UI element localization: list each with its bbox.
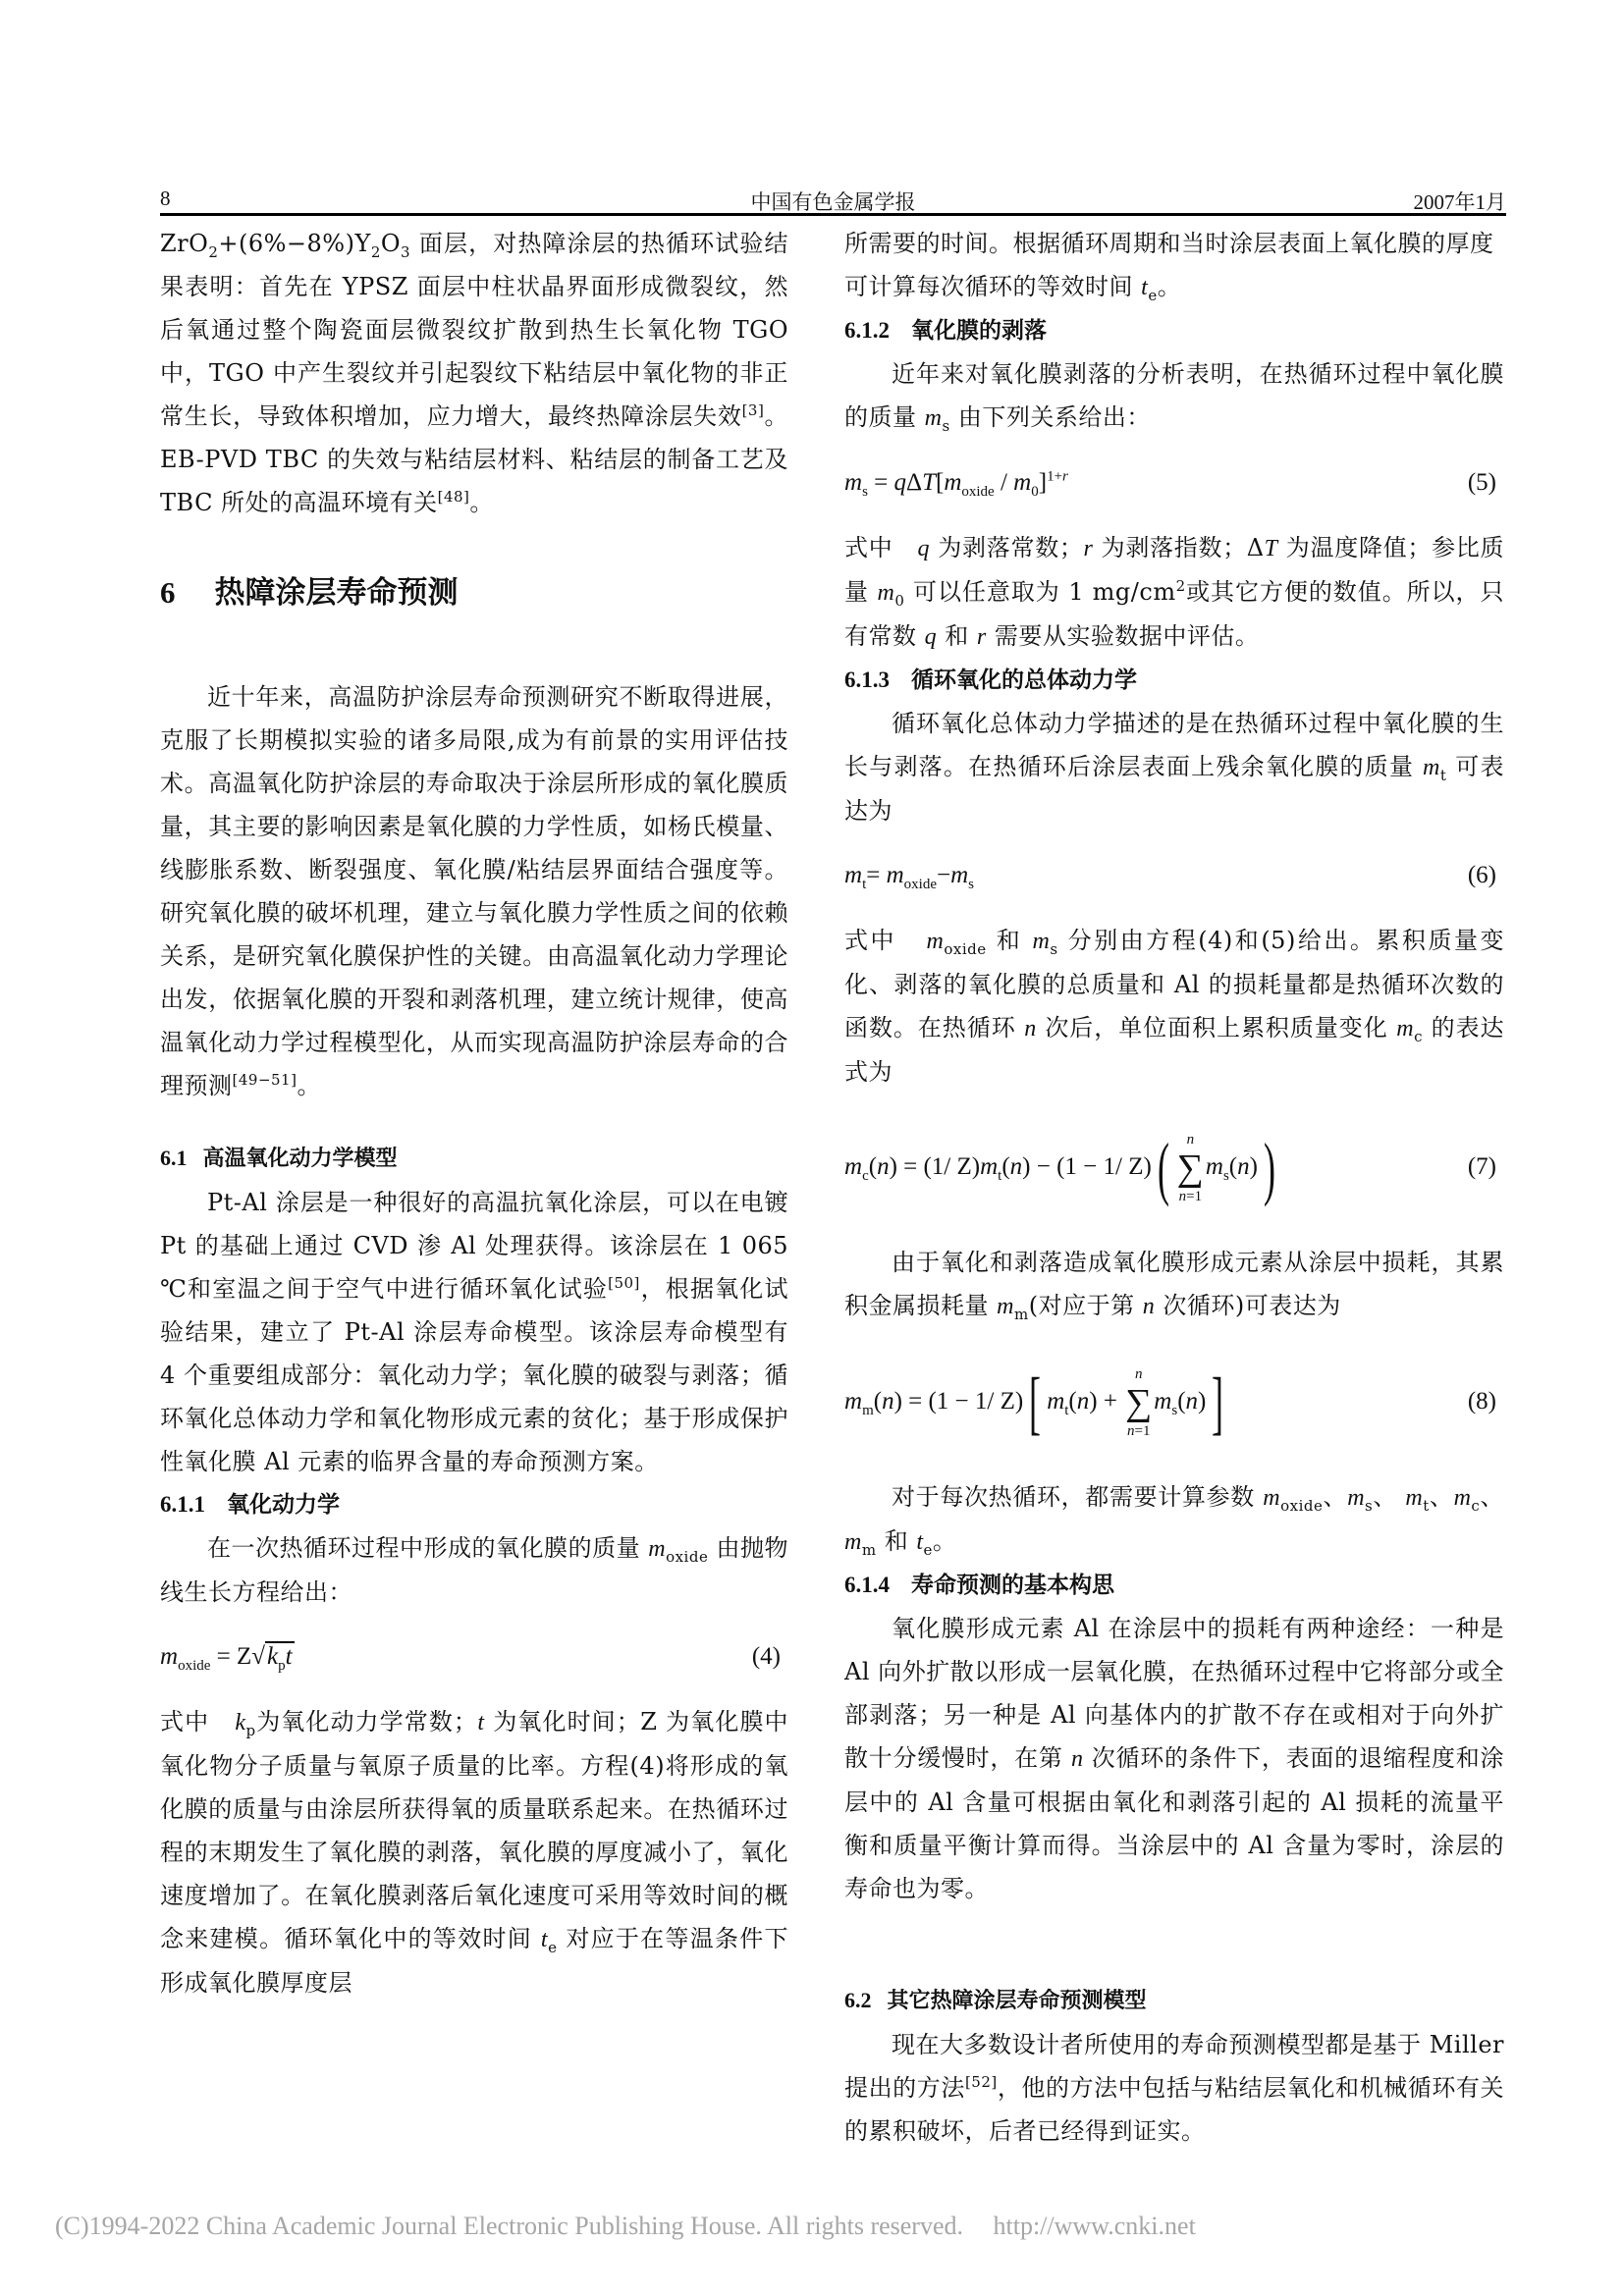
section-6-1-2-paragraph: 近年来对氧化膜剥落的分析表明，在热循环过程中氧化膜的质量 ms 由下列关系给出： xyxy=(844,352,1504,440)
citation[interactable]: [52] xyxy=(965,2073,998,2091)
cnki-link[interactable]: http://www.cnki.net xyxy=(994,2212,1196,2240)
header-rule xyxy=(160,213,1506,216)
citation[interactable]: [50] xyxy=(608,1274,640,1292)
section-heading-6-2: 6.2其它热障涂层寿命预测模型 xyxy=(844,1979,1504,2023)
equation-number: (6) xyxy=(1468,842,1496,909)
section-heading-6-1-1: 6.1.1氧化动力学 xyxy=(160,1483,788,1526)
equation-4: moxide = Z√kpt (4) xyxy=(160,1624,788,1690)
section-heading-6-1-3: 6.1.3循环氧化的总体动力学 xyxy=(844,659,1504,702)
citation[interactable]: [3] xyxy=(742,401,765,419)
equation-5-explanation: 式中 q 为剥落常数；r 为剥落指数；ΔT 为温度降值；参比质量 m0 可以任意… xyxy=(844,526,1504,659)
paragraph-continued: ZrO2+(6%−8%)Y2O3 面层，对热障涂层的热循环试验结果表明：首先在 … xyxy=(160,222,788,524)
copyright-text: (C)1994-2022 China Academic Journal Elec… xyxy=(55,2212,963,2240)
copyright-footer: (C)1994-2022 China Academic Journal Elec… xyxy=(55,2212,1587,2241)
section-6-intro: 近十年来，高温防护涂层寿命预测研究不断取得进展，克服了长期模拟实验的诸多局限,成… xyxy=(160,675,788,1107)
equation-6-explanation: 式中 moxide 和 ms 分别由方程(4)和(5)给出。累积质量变化、剥落的… xyxy=(844,919,1504,1094)
metal-loss-paragraph: 由于氧化和剥落造成氧化膜形成元素从涂层中损耗，其累积金属损耗量 mm(对应于第 … xyxy=(844,1241,1504,1328)
parameters-paragraph: 对于每次热循环，都需要计算参数 moxide、ms、 mt、mc、 mm 和 t… xyxy=(844,1475,1504,1564)
citation[interactable]: [48] xyxy=(438,488,470,506)
equation-number: (5) xyxy=(1468,450,1496,516)
section-heading-6: 6热障涂层寿命预测 xyxy=(160,571,788,614)
equation-6: mt= moxide−ms (6) xyxy=(844,842,1504,909)
journal-title: 中国有色金属学报 xyxy=(160,187,1506,216)
equation-5: ms = qΔT[moxide / m0]1+r (5) xyxy=(844,450,1504,516)
equation-4-explanation: 式中 kp为氧化动力学常数；t 为氧化时间；Z 为氧化膜中氧化物分子质量与氧原子… xyxy=(160,1700,788,2004)
equation-8: mm(n) = (1 − 1/ Z)[mt(n) + n∑n=1ms(n)] (… xyxy=(844,1338,1504,1466)
section-heading-6-1-4: 6.1.4寿命预测的基本构思 xyxy=(844,1564,1504,1607)
section-heading-6-1-2: 6.1.2氧化膜的剥落 xyxy=(844,309,1504,352)
right-column: 所需要的时间。根据循环周期和当时涂层表面上氧化膜的厚度可计算每次循环的等效时间 … xyxy=(844,222,1504,2153)
running-header: 8 中国有色金属学报 2007年1月 xyxy=(160,187,1506,214)
equation-number: (7) xyxy=(1468,1103,1496,1231)
equation-number: (8) xyxy=(1468,1338,1496,1466)
equation-7: mc(n) = (1/ Z)mt(n) − (1 − 1/ Z)(n∑n=1ms… xyxy=(844,1103,1504,1231)
section-6-1-paragraph: Pt-Al 涂层是一种很好的高温抗氧化涂层，可以在电镀 Pt 的基础上通过 CV… xyxy=(160,1181,788,1483)
section-6-1-1-paragraph: 在一次热循环过程中形成的氧化膜的质量 moxide 由抛物线生长方程给出： xyxy=(160,1526,788,1614)
equation-number: (4) xyxy=(752,1624,781,1690)
issue-date: 2007年1月 xyxy=(1414,187,1507,216)
section-6-2-paragraph: 现在大多数设计者所使用的寿命预测模型都是基于 Miller 提出的方法[52]，… xyxy=(844,2023,1504,2153)
citation[interactable]: [49−51] xyxy=(233,1071,298,1089)
left-column: ZrO2+(6%−8%)Y2O3 面层，对热障涂层的热循环试验结果表明：首先在 … xyxy=(160,222,788,2004)
section-heading-6-1: 6.1高温氧化动力学模型 xyxy=(160,1137,788,1181)
section-6-1-3-paragraph: 循环氧化总体动力学描述的是在热循环过程中氧化膜的生长与剥落。在热循环后涂层表面上… xyxy=(844,702,1504,832)
section-6-1-4-paragraph: 氧化膜形成元素 Al 在涂层中的损耗有两种途经：一种是 Al 向外扩散以形成一层… xyxy=(844,1607,1504,1910)
paragraph-continued: 所需要的时间。根据循环周期和当时涂层表面上氧化膜的厚度可计算每次循环的等效时间 … xyxy=(844,222,1504,309)
